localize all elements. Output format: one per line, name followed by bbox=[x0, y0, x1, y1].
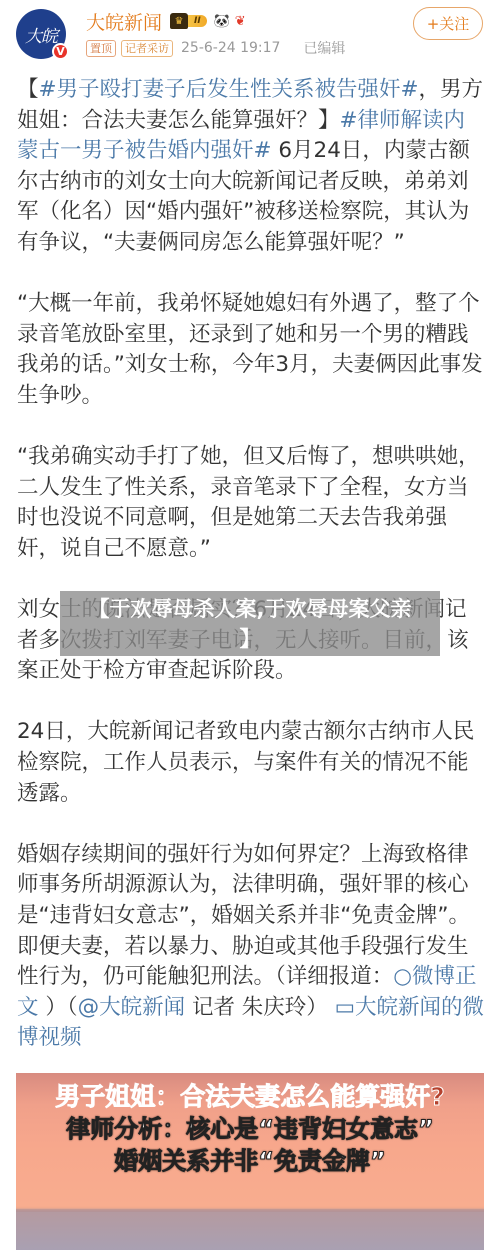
video-caption-1: 男子姐姐：合法夫妻怎么能算强奸? bbox=[16, 1077, 484, 1113]
reporter-interview-tag: 记者采访 bbox=[121, 40, 173, 57]
crown-icon: ♛ bbox=[170, 13, 188, 29]
name-row: 大皖新闻 ♛ II 🐼 ❦ bbox=[86, 8, 246, 34]
meta-row: 置顶 记者采访 25-6-24 19:17 已编辑 bbox=[86, 39, 345, 57]
paragraph-6: 婚姻存续期间的强奸行为如何界定？上海致格律师事务所胡源源认为，法律明确，强奸罪的… bbox=[17, 840, 485, 1054]
paragraph-3: “我弟确实动手打了她，但又后悔了，想哄哄她，二人发生了性关系，录音笔录下了全程，… bbox=[17, 442, 485, 564]
hashtag-link[interactable]: #男子殴打妻子后发生性关系被告强奸# bbox=[39, 77, 419, 102]
follow-button[interactable]: +关注 bbox=[413, 7, 483, 40]
member-level-badge[interactable]: ♛ II bbox=[170, 13, 207, 29]
koi-fish-icon[interactable]: ❦ bbox=[235, 14, 246, 29]
horizon-line bbox=[16, 1209, 484, 1212]
paragraph-5: 24日，大皖新闻记者致电内蒙古额尔古纳市人民检察院，工作人员表示，与案件有关的情… bbox=[17, 717, 485, 809]
panda-icon[interactable]: 🐼 bbox=[213, 13, 231, 29]
overlay-line-1: 【于欢辱母杀人案,于欢辱母案父亲 bbox=[60, 594, 440, 624]
account-name[interactable]: 大皖新闻 bbox=[86, 8, 162, 35]
video-caption-3: 婚姻关系并非“免责金牌” bbox=[16, 1141, 484, 1176]
level-label: II bbox=[188, 15, 207, 27]
edited-label[interactable]: 已编辑 bbox=[303, 38, 345, 58]
post-header: 大皖 V 大皖新闻 ♛ II 🐼 ❦ 置顶 记者采访 25-6-24 19:17… bbox=[0, 0, 500, 68]
overlay-line-2: 】 bbox=[60, 624, 440, 654]
paragraph-2: “大概一年前，我弟怀疑她媳妇有外遇了，整了个录音笔放卧室里，还录到了她和另一个男… bbox=[17, 289, 485, 411]
pinned-tag: 置顶 bbox=[86, 40, 116, 57]
mention-link[interactable]: @大皖新闻 bbox=[78, 995, 186, 1020]
watermark-overlay: 【于欢辱母杀人案,于欢辱母案父亲 】 bbox=[60, 591, 440, 656]
verified-badge-icon: V bbox=[52, 43, 69, 60]
avatar-text: 大皖 bbox=[25, 22, 57, 47]
bracket: 【 bbox=[17, 77, 39, 102]
video-thumbnail[interactable]: 男子姐姐：合法夫妻怎么能算强奸? 律师分析：核心是“违背妇女意志” 婚姻关系并非… bbox=[16, 1073, 484, 1250]
paragraph-text: 记者 朱庆玲） bbox=[185, 995, 328, 1020]
post-body: 【#男子殴打妻子后发生性关系被告强奸#，男方姐姐：合法夫妻怎么能算强奸？】#律师… bbox=[17, 75, 485, 1054]
post-timestamp: 25-6-24 19:17 bbox=[181, 40, 280, 56]
video-caption-2: 律师分析：核心是“违背妇女意志” bbox=[16, 1109, 484, 1144]
paragraph-text: ）（ bbox=[39, 995, 78, 1020]
paragraph-1: 【#男子殴打妻子后发生性关系被告强奸#，男方姐姐：合法夫妻怎么能算强奸？】#律师… bbox=[17, 75, 485, 259]
